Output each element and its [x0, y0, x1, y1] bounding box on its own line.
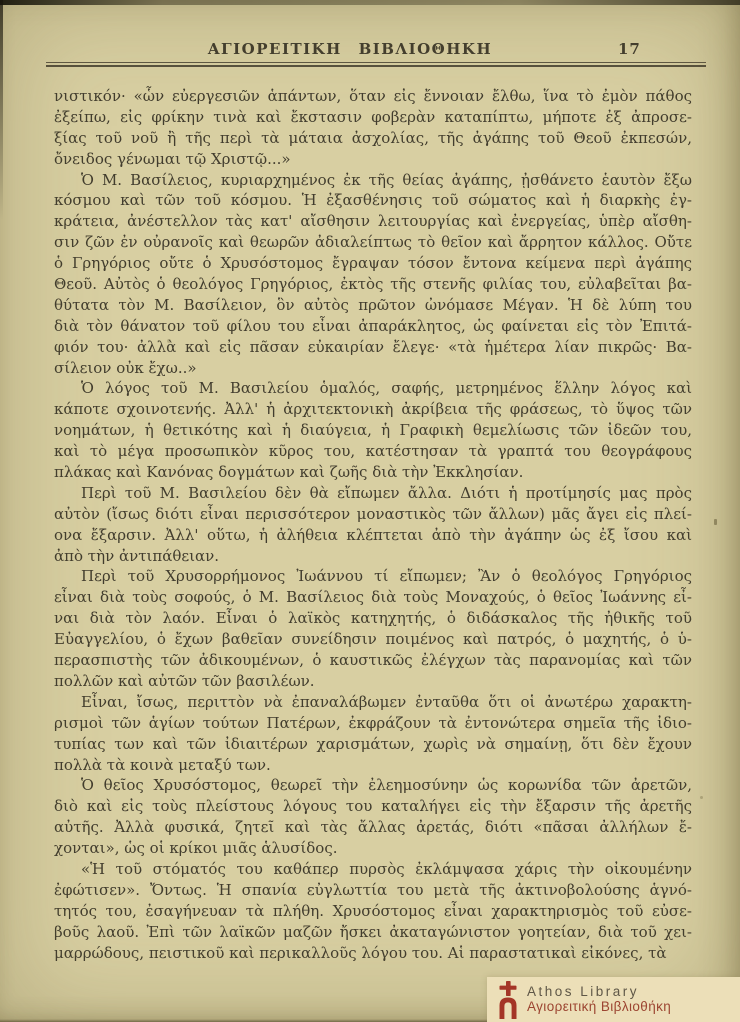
text-line: ναι διὰ τὸν λαόν. Εἶναι ὁ λαϊκὸς κατηχητ… [54, 608, 692, 629]
paragraph: Ὁ Μ. Βασίλειος, κυριαρχημένος ἐκ τῆς θεί… [54, 170, 692, 379]
text-line: κράτεια, ἀνέστελλον τὰς κατ' αἴσθησιν λε… [54, 211, 692, 232]
text-line: ξίας τοῦ νοῦ ἢ τῆς περὶ τὰ μάταια ἀσχολί… [54, 128, 692, 149]
text-line: Εἶναι, ἴσως, περιττὸν νὰ ἐπαναλάβωμεν ἐν… [54, 692, 692, 713]
paragraph: νιστικόν· «ὧν εὐεργεσιῶν ἁπάντων, ὅταν ε… [54, 86, 692, 170]
text-line: εἶναι διὰ τοὺς σοφούς, ὁ Μ. Βασίλειος δι… [54, 587, 692, 608]
text-line: πολλὰ τὰ κοινὰ μεταξύ των. [54, 755, 692, 776]
text-block: νιστικόν· «ὧν εὐεργεσιῶν ἁπάντων, ὅταν ε… [54, 86, 692, 963]
athos-cross-logo-icon [495, 981, 521, 1019]
paragraph: Περὶ τοῦ Χρυσορρήμονος Ἰωάννου τί εἴπωμε… [54, 566, 692, 691]
text-line: Περὶ τοῦ Μ. Βασιλείου δὲν θὰ εἴπωμεν ἄλλ… [54, 483, 692, 504]
text-line: μαρρώδους, πειστικοῦ καὶ περικαλλοῦς λόγ… [54, 943, 692, 964]
header-double-rule [46, 62, 706, 67]
text-line: τητός του, ἐσαγήνευαν τὰ πλήθη. Χρυσόστο… [54, 901, 692, 922]
book-title: ΑΓΙΟΡΕΙΤΙΚΗ ΒΙΒΛΙΟΘΗΚΗ [208, 40, 492, 58]
text-line: ἀπὸ τὴν ἀντιπάθειαν. [54, 546, 692, 567]
paragraph: Περὶ τοῦ Μ. Βασιλείου δὲν θὰ εἴπωμεν ἄλλ… [54, 483, 692, 567]
paragraph: Εἶναι, ἴσως, περιττὸν νὰ ἐπαναλάβωμεν ἐν… [54, 692, 692, 776]
text-line: πολλῶν καὶ αὐτῶν τῶν βασιλέων. [54, 671, 692, 692]
text-line: θύτατα τὸν Μ. Βασίλειον, ὃν αὐτὸς πρῶτον… [54, 295, 692, 316]
text-line: κάποτε σχοινοτενής. Ἀλλ' ἡ ἀρχιτεκτονικὴ… [54, 399, 692, 420]
text-line: Ὁ Μ. Βασίλειος, κυριαρχημένος ἐκ τῆς θεί… [54, 170, 692, 191]
paragraph: Ὁ λόγος τοῦ Μ. Βασιλείου ὁμαλός, σαφής, … [54, 378, 692, 482]
text-line: περασπιστὴς τῶν ἀδικουμένων, ὁ καυστικῶς… [54, 650, 692, 671]
text-line: ρισμοὶ τῶν ἁγίων τούτων Πατέρων, ἐκφράζο… [54, 713, 692, 734]
text-line: διὸ καὶ εἰς τοὺς πλείστους λόγους του κα… [54, 796, 692, 817]
text-line: ἐξείπω, εἰς φρίκην τινὰ καὶ ἔκστασιν φοβ… [54, 107, 692, 128]
text-line: Εὐαγγελίου, ὁ ἔχων βαθεῖαν συνείδησιν πο… [54, 629, 692, 650]
text-line: νιστικόν· «ὧν εὐεργεσιῶν ἁπάντων, ὅταν ε… [54, 86, 692, 107]
scan-speck [700, 796, 703, 799]
text-line: Ὁ θεῖος Χρυσόστομος, θεωρεῖ τὴν ἐλεημοσύ… [54, 775, 692, 796]
scan-speck [167, 339, 171, 343]
library-stamp: Athos Library Αγιορειτική Βιβλιοθήκη [487, 977, 740, 1022]
text-line: καὶ τὸ μέγα προσωπικὸν κῦρος του, κατέστ… [54, 441, 692, 462]
text-line: αὐτῆς. Ἀλλὰ φυσικά, ζητεῖ καὶ τὰς ἄλλας … [54, 817, 692, 838]
text-line: πλάκας καὶ Κανόνας δογμάτων καὶ ζωῆς διὰ… [54, 462, 692, 483]
text-line: Ὁ λόγος τοῦ Μ. Βασιλείου ὁμαλός, σαφής, … [54, 378, 692, 399]
scan-speck [714, 519, 717, 525]
scan-edge-left [0, 0, 3, 220]
text-line: ὄνειδος γένωμαι τῷ Χριστῷ...» [54, 149, 692, 170]
stamp-title: Athos Library [527, 985, 671, 999]
text-line: ὁ Γρηγόριος οὔτε ὁ Χρυσόστομος ἔγραψαν τ… [54, 253, 692, 274]
text-line: σιν ζῶν ἐν οὐρανοῖς καὶ θεωρῶν ἀδιαλείπτ… [54, 232, 692, 253]
text-line: αὐτὸν (ἴσως διότι εἶναι περισσότερον μον… [54, 504, 692, 525]
text-line: διὰ τὸν θάνατον τοῦ φίλου του εἶναι ἀπαρ… [54, 316, 692, 337]
text-line: «Ἡ τοῦ στόματός του καθάπερ πυρσὸς ἐκλάμ… [54, 859, 692, 880]
text-line: κόσμου καὶ τῶν τοῦ κόσμου. Ἡ ἐξασθένησις… [54, 190, 692, 211]
text-line: χονται», ὡς οἱ κρίκοι μιᾶς ἁλυσίδος. [54, 838, 692, 859]
text-line: σίλειον οὐκ ἔχω..» [54, 358, 692, 379]
text-line: φιόν του· ἀλλὰ καὶ εἰς πᾶσαν εὐκαιρίαν ἔ… [54, 337, 692, 358]
stamp-subtitle: Αγιορειτική Βιβλιοθήκη [527, 1000, 671, 1014]
stamp-text: Athos Library Αγιορειτική Βιβλιοθήκη [527, 985, 671, 1014]
text-line: Θεοῦ. Αὐτὸς ὁ θεολόγος Γρηγόριος, ἐκτὸς … [54, 274, 692, 295]
paragraph: «Ἡ τοῦ στόματός του καθάπερ πυρσὸς ἐκλάμ… [54, 859, 692, 963]
text-line: νοημάτων, ἡ θετικότης καὶ ἡ διαύγεια, ἡ … [54, 420, 692, 441]
text-line: βοῦς λαοῦ. Ἐπὶ τῶν λαϊκῶν μαζῶν ἤσκει ἀκ… [54, 922, 692, 943]
scanned-book-page: { "header": { "title": "ΑΓΙΟΡΕΙΤΙΚΗ ΒΙΒΛ… [0, 0, 740, 1022]
text-line: τυπίας των καὶ τῶν ἰδιαιτέρων χαρισμάτων… [54, 734, 692, 755]
scan-edge-top [0, 0, 740, 5]
running-head: ΑΓΙΟΡΕΙΤΙΚΗ ΒΙΒΛΙΟΘΗΚΗ 17 [0, 38, 740, 62]
paragraph: Ὁ θεῖος Χρυσόστομος, θεωρεῖ τὴν ἐλεημοσύ… [54, 775, 692, 859]
text-line: ἐφώτισεν». Ὄντως. Ἡ σπανία εὐγλωττία του… [54, 880, 692, 901]
page-number: 17 [618, 40, 641, 58]
text-line: Περὶ τοῦ Χρυσορρήμονος Ἰωάννου τί εἴπωμε… [54, 566, 692, 587]
text-line: ονα ἔξαρσιν. Ἀλλ' οὕτω, ἡ ἀλήθεια κλέπτε… [54, 525, 692, 546]
